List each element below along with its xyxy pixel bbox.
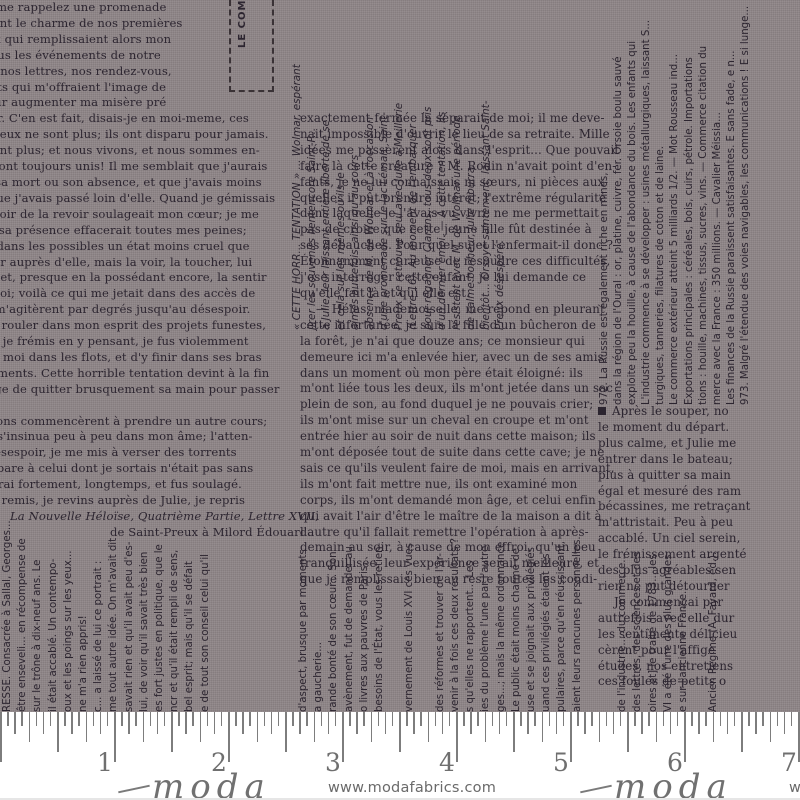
text-line: pulaires, parce qu'en réussissant, [554, 536, 569, 712]
text-line: me tout autre idée. On m'avait dit [106, 520, 121, 712]
text-line: (Lettre 16). Au moment de l'embarquer [406, 64, 421, 330]
ruler-tick [677, 712, 679, 726]
ruler-tick [435, 712, 437, 726]
ruler-inch-label: 3 [325, 748, 341, 777]
ruler-tick [648, 712, 650, 726]
ruler-tick [78, 712, 80, 726]
ruler-tick [29, 712, 31, 742]
ruler-tick [584, 712, 586, 734]
ruler-tick [314, 712, 316, 742]
text-line: il était accablé. Un contempo- [46, 520, 61, 712]
text-line: ges...; mais la même ordonnance [494, 536, 509, 712]
text-line: e de tout son conseil celui qu'il [198, 520, 213, 712]
text-line: résistent avec M. de Wolmar une période [450, 64, 465, 330]
ruler-inch-label: 1 [97, 748, 113, 777]
ruler-tick [556, 712, 558, 734]
ruler-tick [356, 712, 358, 734]
text-line: dans la région de l'Oural : or, platine,… [612, 6, 626, 405]
text-line [691, 536, 706, 712]
text-line: plus à quitter sa main [598, 468, 751, 484]
ruler-tick [264, 712, 266, 726]
text-line: le moment du départ. [598, 420, 751, 436]
text-line: vernement de Louis XVI ces vues [402, 536, 417, 712]
ruler-tick [143, 712, 145, 742]
ruler-tick [791, 712, 793, 726]
ruler-tick [128, 712, 130, 734]
ruler-tick [506, 712, 508, 726]
text-line: par me rappelez une promenade [0, 0, 319, 16]
text-line: Après le souper, no [598, 404, 751, 420]
ruler-tick [770, 712, 772, 742]
ruler-tick [577, 712, 579, 726]
ruler-tick [93, 712, 95, 726]
ruler-tick [221, 712, 223, 726]
vertical-text-top: « CETTE HORR... TENTATION » ... Wolmar, … [290, 64, 508, 330]
ruler-tick [470, 712, 472, 734]
text-line: m'ont déposée tout de suite dans cette c… [300, 445, 619, 461]
text-column-left: par me rappelez une promenadedurant le c… [0, 0, 319, 541]
text-line: ils m'ont fait mettre nue, ils ont exami… [300, 477, 619, 493]
text-line: sais ce qu'ils veulent faire de moi, mai… [300, 461, 619, 477]
ruler-tick [36, 712, 38, 726]
ruler-tick [200, 712, 202, 742]
ruler-tick [442, 712, 444, 734]
text-line: 972. La Russie est également riche en mi… [598, 6, 612, 405]
text-line: lieux qui remplissaient alors mon [0, 32, 319, 48]
ruler-tick [0, 712, 2, 762]
vertical-text-bottom-left: RESSE. Consacrée à Sallal, Georges...êtr… [0, 520, 213, 712]
ruler-tick [670, 712, 672, 734]
text-line: m'attristait. Peu à peu [598, 515, 751, 531]
ruler-tick [456, 712, 458, 762]
ruler-tick [292, 712, 294, 726]
text-line: avec moi dans les flots, et d'y finir da… [0, 350, 319, 366]
ruler-tick [399, 712, 401, 752]
ruler-tick [627, 712, 629, 752]
text-line: pour regagner Clarens, tous deux sont pr… [421, 64, 436, 330]
ruler-tick [613, 712, 615, 734]
text-line: rande bonté de son cœur... Son [326, 536, 341, 712]
ruler-tick [591, 712, 593, 726]
text-line: plus calme, et Julie me [598, 436, 751, 452]
ruler-tick [378, 712, 380, 726]
ruler-tick [299, 712, 301, 734]
text-line: qui avait l'air d'être le maître de la m… [300, 509, 619, 525]
text-line: Le commerce extérieur atteint 5 milliard… [668, 6, 682, 405]
website-url: www.modafabrics.com [328, 780, 496, 796]
ruler-tick [492, 712, 494, 726]
ruler-tick [691, 712, 693, 726]
text-line: r; tous les événements de notre [0, 48, 319, 64]
ruler-tick [606, 712, 608, 726]
text-line: ncr et qu'il était rempli de sens, [167, 520, 182, 712]
fabric-swatch: LE COM... MO... par me rappelez une prom… [0, 0, 800, 712]
text-line: Ancien Régime (A. Fayard, éd.). [706, 536, 721, 712]
ruler-tick [228, 712, 230, 762]
text-line: ur moi; voilà ce qui me jetait dans des … [0, 286, 319, 302]
ruler-tick [570, 712, 572, 762]
text-line: plein de son, au fond duquel je ne pouva… [300, 397, 619, 413]
measuring-ruler: 1234567 moda www.modafabrics.com moda w [0, 712, 800, 800]
ruler-inch-label: 4 [439, 748, 455, 777]
ruler-tick [520, 712, 522, 726]
logo-swash [580, 785, 612, 794]
ruler-tick [513, 712, 515, 752]
text-line: lui, de voir qu'il savait très bien [137, 520, 152, 712]
text-line [387, 536, 402, 712]
ruler-tick [150, 712, 152, 726]
ruler-tick [734, 712, 736, 726]
text-line: oux et les poings sur les yeux... [61, 520, 76, 712]
text-line: use et se joignait aux privilégiés [524, 536, 539, 712]
ruler-tick [413, 712, 415, 734]
text-line: et cela sur les mêmes où ils le [334, 64, 349, 330]
text-line: égal et mesuré des ram [598, 484, 751, 500]
ruler-tick [235, 712, 237, 726]
ruler-tick [335, 712, 337, 726]
ruler-tick [428, 712, 430, 742]
text-line: bécassines, me retraçant [598, 499, 751, 515]
text-line: absence de M. de Wolmar et à l'occasion [363, 64, 378, 330]
text-line: dans un moment où mon père était éloigné… [300, 366, 619, 382]
text-line: à Julie, leur laissant entière liberté d… [319, 64, 334, 330]
ruler-tick [64, 712, 66, 726]
text-line: la forêt, je n'ai que douze ans; ce mons… [300, 334, 619, 350]
text-line: les sont toujours unis! Il me semblait q… [0, 159, 319, 175]
ruler-tick [43, 712, 45, 734]
text-line: a gaucherie... [311, 536, 326, 712]
ruler-tick [499, 712, 501, 734]
moda-logo-repeat: moda [580, 772, 733, 800]
ruler-tick [86, 712, 88, 742]
ruler-tick [698, 712, 700, 734]
website-url-partial: w [789, 780, 800, 796]
logo-swash [118, 785, 150, 794]
ruler-tick [634, 712, 636, 726]
ruler-tick [371, 712, 373, 742]
text-line: de calme bonheur, Julie mourra [464, 64, 479, 330]
ruler-tick [449, 712, 451, 726]
text-line: « CETTE HORR... TENTATION » ... Wolmar, … [290, 64, 305, 330]
text-line: entrée hier au soir de nuit dans cette m… [300, 429, 619, 445]
ruler-tick [620, 712, 622, 726]
text-line: turgiques, tanneries, filatures de coton… [654, 6, 668, 405]
ruler-tick [720, 712, 722, 726]
text-line: t de sa présence effacerait toutes mes p… [0, 223, 319, 239]
ruler-tick [178, 712, 180, 726]
text-line: venir à la fois ces deux résultats ? [448, 536, 463, 712]
text-line: u de rouler dans mon esprit des projets … [0, 318, 319, 334]
ruler-tick [641, 712, 643, 734]
ruler-tick [114, 712, 116, 762]
ruler-tick [542, 712, 544, 742]
text-line: rler, et, presque en la possédant encore… [0, 270, 319, 286]
text-line: d'aspect, brusque par moments [296, 536, 311, 712]
text-line: avènement, fut de demander au [342, 536, 357, 712]
ruler-tick [485, 712, 487, 742]
text-line: Les finances de la Russie paraissent sat… [725, 6, 739, 405]
ruler-tick [663, 712, 665, 726]
text-line: oblige de quitter brusquement sa main po… [0, 382, 319, 398]
ruler-tick [214, 712, 216, 734]
ruler-tick [14, 712, 16, 734]
moda-logo: moda [118, 772, 271, 800]
text-line: uand ces privilégiés étaient les [539, 536, 554, 712]
ruler-tick [349, 712, 351, 726]
text-line: c... a laissé de lui ce portrait : [91, 520, 106, 712]
ruler-tick [242, 712, 244, 734]
text-line [600, 536, 615, 712]
text-line: L'industrie commence à se développer : u… [640, 6, 654, 405]
ruler-tick [599, 712, 601, 742]
text-line: pleurai fortement, longtemps, et fus sou… [0, 477, 319, 493]
text-line: es fort justes en politique, que le [152, 520, 167, 712]
ruler-tick [185, 712, 187, 734]
text-line: es que j'avais passé loin d'elle. Quand … [0, 191, 319, 207]
ruler-tick [164, 712, 166, 726]
ruler-tick [477, 712, 479, 726]
text-line: heureux ne sont plus; ils ont disparu po… [0, 127, 319, 143]
ruler-tick [71, 712, 73, 734]
ruler-tick [762, 712, 764, 726]
text-line: venir. C'en est fait, disais-je en moi-m… [0, 111, 319, 127]
text-line: ne m'a rien appris! [76, 520, 91, 712]
text-line: aimés autrefois. ainsi qu'au cours [348, 64, 363, 330]
ruler-tick [777, 712, 779, 726]
ruler-tick [249, 712, 251, 726]
ruler-tick [107, 712, 109, 726]
text-line: l'espoir de la revoir soulageait mon cœu… [0, 207, 319, 223]
text-line: oux s'insinua peu à peu dans mon âme; l'… [0, 429, 319, 445]
ruler-tick [748, 712, 750, 726]
text-line: ent sa mort ou son absence, et que j'ava… [0, 175, 319, 191]
ruler-tick [285, 712, 287, 752]
text-line: tions : houille, machines, tissus, sucre… [697, 6, 711, 405]
text-line: ndront plus; et nous vivons, et nous som… [0, 143, 319, 159]
text-line: Preux désespéré. [493, 64, 508, 330]
text-line: Preux se retrouve seul avec Julie à Meil… [392, 64, 407, 330]
text-line: u. [0, 398, 319, 414]
text-line: tourments. Cette horrible tentation devi… [0, 366, 319, 382]
text-line: e sur l'ancienne France... [676, 536, 691, 712]
ruler-tick [549, 712, 551, 726]
ruler-tick [342, 712, 344, 762]
text-line: o livres aux pauvres de Paris, [357, 536, 372, 712]
text-line: aient leurs rancunes personnelles. [570, 536, 585, 712]
ruler-tick [527, 712, 529, 734]
text-line: VI a été l'une des plus grandes [661, 536, 676, 712]
ruler-tick [684, 712, 686, 762]
text-line: ies du problème l'une par l'autre [478, 536, 493, 712]
ruler-tick [741, 712, 743, 752]
text-line: s qu'elles ne rapportent... Les [463, 536, 478, 712]
ruler-tick [534, 712, 536, 726]
ruler-inch-label: 7 [781, 748, 797, 777]
ruler-tick [157, 712, 159, 734]
ruler-tick [321, 712, 323, 726]
text-line: Le public était moins charmé de [509, 536, 524, 712]
ruler-tick [57, 712, 59, 752]
ruler-tick [271, 712, 273, 734]
ruler-tick [207, 712, 209, 726]
text-line: compare à celui dont je sortais n'était … [0, 461, 319, 477]
text-line: ils m'ont mise sur un cheval en croupe e… [300, 413, 619, 429]
ruler-tick [135, 712, 137, 726]
ruler-tick [328, 712, 330, 734]
text-line [585, 536, 600, 712]
ruler-tick [798, 712, 800, 762]
ruler-tick [420, 712, 422, 726]
text-line: 973. Malgré l'étendue des voies navigabl… [739, 6, 753, 405]
text-line: RESSE. Consacrée à Sallal, Georges... [0, 520, 15, 712]
ruler-tick [463, 712, 465, 726]
text-line: entrer dans le bateau; [598, 452, 751, 468]
ruler-tick [192, 712, 194, 726]
text-line: des réformes et trouver de l'ar- [433, 536, 448, 712]
text-line: qui m'agitèrent par degrés jusqu'au dése… [0, 302, 319, 318]
vertical-text-right: 972. La Russie est également riche en mi… [598, 6, 753, 405]
ruler-tick [713, 712, 715, 742]
text-line: exploite peu la houille, à cause de l'ab… [626, 6, 640, 405]
ruler-tick [257, 712, 259, 742]
text-line: d'une promenade sur le lac Léman, Saint- [377, 64, 392, 330]
ruler-tick [121, 712, 123, 726]
text-line: ans, nos lettres, nos rendez-vous, [0, 64, 319, 80]
text-line: jirer les souvenirs lientencore Saint-P.… [305, 64, 320, 330]
ruler-tick [727, 712, 729, 734]
text-line: itations commencèrent à prendre un autre… [0, 414, 319, 430]
ruler-tick [385, 712, 387, 734]
ruler-tick [50, 712, 52, 726]
ruler-tick [306, 712, 308, 726]
text-line [418, 536, 433, 712]
vertical-text-bottom-mid: d'aspect, brusque par momentsa gaucherie… [296, 536, 722, 712]
ruler-tick [171, 712, 173, 752]
ruler-tick [705, 712, 707, 726]
text-line: Exportations principales : céréales, boi… [683, 6, 697, 405]
ruler-tick [7, 712, 9, 726]
ruler-tick [363, 712, 365, 726]
text-line: objets qui m'offraient l'image de [0, 80, 319, 96]
ruler-tick [406, 712, 408, 726]
text-line: durant le charme de nos premières [0, 16, 319, 32]
text-line: des lettres, des sciences et des [630, 536, 645, 712]
text-line: le désespoir, je me mis à verser des tor… [0, 445, 319, 461]
square-bullet-icon [598, 407, 606, 415]
text-line: besoins de l'État, vous les retien- [372, 536, 387, 712]
text-line: d'un dernier émoi. — À cette tentation, … [435, 64, 450, 330]
text-line: m'ont liée tous les deux, ils m'ont jeté… [300, 381, 619, 397]
text-line: dont je frémis en y pensant, je fus viol… [0, 334, 319, 350]
ruler-tick [755, 712, 757, 734]
text-line: bel esprit; mais qu'il se défait [182, 520, 197, 712]
text-line: ouver auprès d'elle, mais la voir, la to… [0, 255, 319, 271]
text-line: bientôt... Orsoyé saintement; laissant S… [479, 64, 494, 330]
text-line: être enseveli... en récompense de [15, 520, 30, 712]
ruler-tick [100, 712, 102, 734]
text-line: bien remis, je revins auprès de Julie, j… [0, 493, 319, 509]
ruler-inch-label: 5 [553, 748, 569, 777]
ruler-tick [563, 712, 565, 726]
text-line: savait rien et qu'il avait peu d'es- [122, 520, 137, 712]
ruler-tick [784, 712, 786, 734]
ruler-tick [656, 712, 658, 742]
text-line: de l'industrie... du commerce... [615, 536, 630, 712]
text-line: oires et] le traité de 1783... les [646, 536, 661, 712]
text-line: ons dans les possibles un état moins cru… [0, 239, 319, 255]
ruler-tick [392, 712, 394, 726]
ruler-tick [278, 712, 280, 726]
text-line: demeure ici m'a enlevée hier, avec un de… [300, 350, 619, 366]
ruler-tick [21, 712, 23, 726]
text-line: corps, ils m'ont demandé mon âge, et cel… [300, 493, 619, 509]
text-line: merce avec la France : 350 millions. — C… [711, 6, 725, 405]
text-line: , pour augmenter ma misère pré [0, 95, 319, 111]
text-line: sur le trône à dix-neuf ans. Le [30, 520, 45, 712]
